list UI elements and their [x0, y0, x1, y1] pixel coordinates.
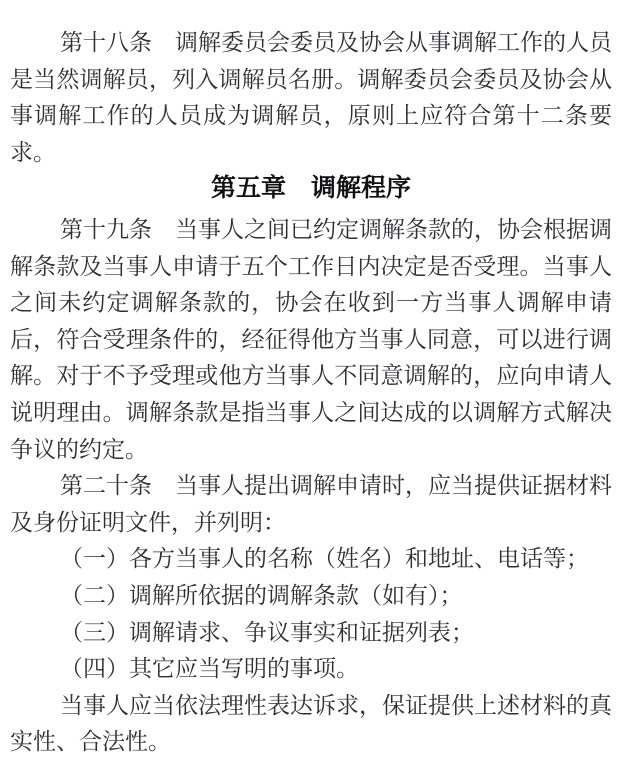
list-item-4: （四）其它应当写明的事项。 — [10, 651, 612, 688]
chapter-5-heading: 第五章 调解程序 — [10, 171, 612, 208]
article-19-paragraph: 第十九条 当事人之间已约定调解条款的，协会根据调解条款及当事人申请于五个工作日内… — [10, 212, 612, 468]
article-20-paragraph: 第二十条 当事人提出调解申请时，应当提供证据材料及身份证明文件，并列明： — [10, 468, 612, 541]
list-item-1: （一）各方当事人的名称（姓名）和地址、电话等； — [10, 541, 612, 578]
list-item-3: （三）调解请求、争议事实和证据列表； — [10, 615, 612, 652]
document-page: 第十八条 调解委员会委员及协会从事调解工作的人员是当然调解员，列入调解员名册。调… — [0, 0, 625, 768]
closing-paragraph: 当事人应当依法理性表达诉求，保证提供上述材料的真实性、合法性。 — [10, 688, 612, 761]
list-item-2: （二）调解所依据的调解条款（如有）； — [10, 578, 612, 615]
article-18-paragraph: 第十八条 调解委员会委员及协会从事调解工作的人员是当然调解员，列入调解员名册。调… — [10, 25, 612, 171]
